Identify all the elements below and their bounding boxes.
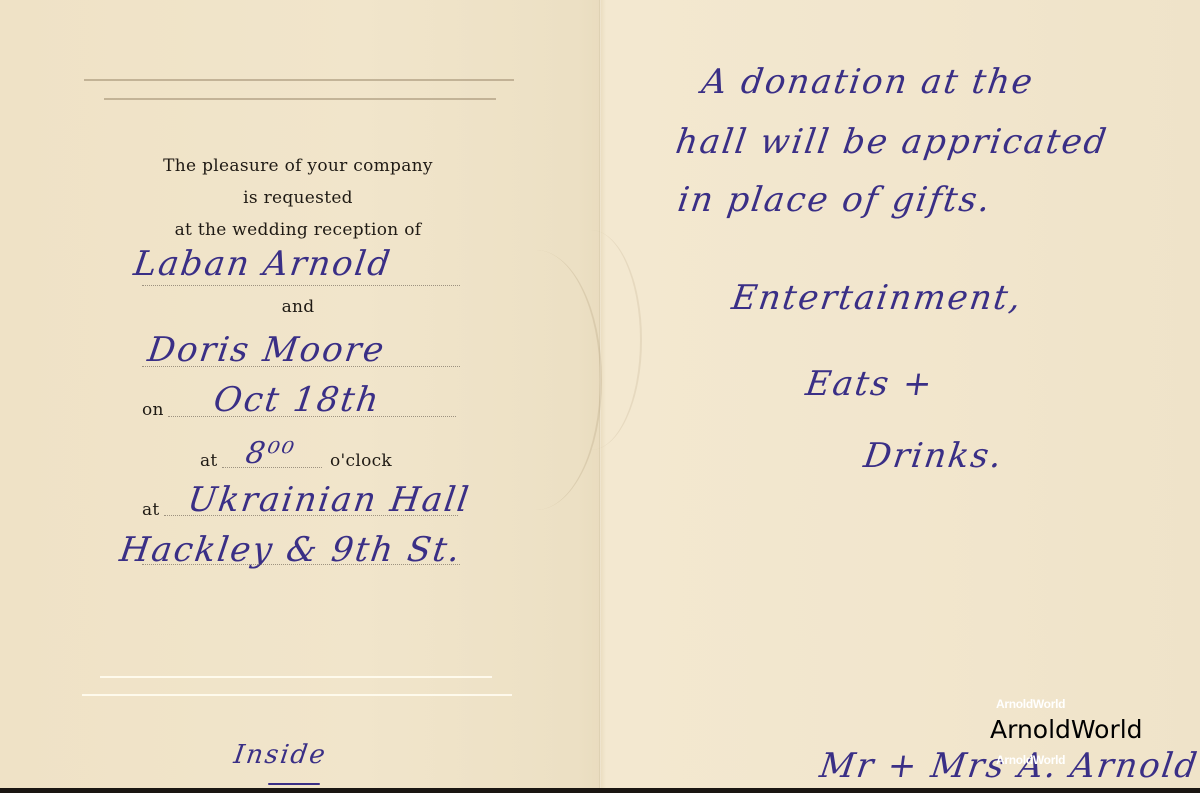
time-at-label: at (200, 451, 218, 471)
bride-name: Doris Moore (145, 330, 388, 370)
scan-bottom-edge (0, 788, 1200, 793)
watermark-small-bottom: ArnoldWorld (996, 753, 1065, 767)
watermark-large: ArnoldWorld (990, 715, 1143, 744)
printed-line-2: is requested (130, 188, 466, 208)
venue-dotline-1 (164, 515, 458, 516)
groom-dotline (142, 285, 460, 286)
and-label: and (130, 297, 466, 317)
bride-dotline (142, 366, 460, 367)
list-item-drinks: Drinks. (861, 436, 1006, 476)
list-item-entertainment: Entertainment, (729, 278, 1025, 318)
inside-note: Inside (232, 740, 329, 770)
message-line-2: hall will be appricated (673, 122, 1110, 162)
message-line-3: in place of gifts. (675, 180, 994, 220)
printed-line-1: The pleasure of your company (130, 156, 466, 176)
watermark-small-top: ArnoldWorld (996, 697, 1065, 711)
paper-crease-right (540, 230, 642, 450)
venue-dotline-2 (142, 564, 460, 565)
printed-line-3: at the wedding reception of (130, 220, 466, 240)
time-value: 8⁰⁰ (244, 436, 298, 471)
place-at-label: at (142, 500, 160, 520)
venue-line-1: Ukrainian Hall (185, 480, 473, 520)
message-line-1: A donation at the (699, 62, 1037, 102)
groom-name: Laban Arnold (131, 244, 394, 284)
emboss-border-top-outer (84, 79, 514, 81)
date-value: Oct 18th (211, 380, 383, 420)
emboss-border-top-inner (104, 98, 496, 100)
invitation-spread: The pleasure of your company is requeste… (0, 0, 1200, 788)
emboss-border-bottom-outer (82, 694, 512, 696)
date-dotline (168, 416, 456, 417)
time-dotline (222, 467, 322, 468)
emboss-border-bottom-inner (100, 676, 492, 678)
list-item-eats: Eats + (803, 364, 936, 404)
on-label: on (142, 400, 164, 420)
inside-underline (268, 783, 320, 785)
oclock-label: o'clock (330, 451, 392, 471)
